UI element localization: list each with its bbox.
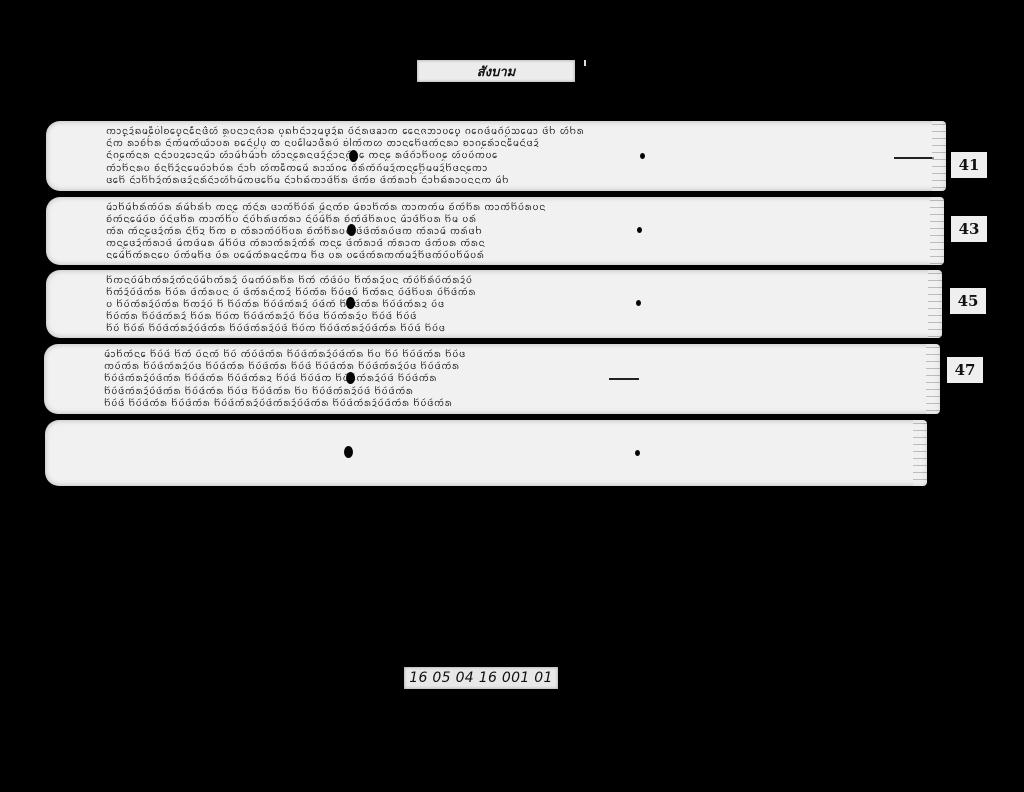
page-number: 45 [958, 292, 979, 310]
text-line: ᨠᩢᩣᨤᩢᨶᩁᨷ ᨧᩢᨶᨤᩢᨯᩢᨶᩮᨾᨷᩢᩣᨤᨷᩢᩁ ᨶᩢᩣᨤ ᩉᩢᨠᩮᩥᨠᩮᨾ… [106, 163, 920, 174]
palm-leaf-folio-47: ᨾᩢᩣᨤᩢᨠᩢᨶᩮ ᨤᩢᨷᩢᨴᩢ ᨤᩢᨠᩢ ᨷᩢᨶᨠᩢ ᨤᩢᨷᩢ ᨠᩢᨷᩢᨴᩢᨠ… [44, 344, 940, 414]
palm-leaf-folio-43: ᨾᩢᩣᨤᩢᨾᩢᨤᩁᩢᨠᩢᨷᩢᩁ ᩁᩢᨾᩢᨤᩁᩢᨤ ᨠᨶᩮᩬ ᨠᩢᨶᩢᩁ ᨴᩣᨠᩢ… [46, 197, 944, 265]
page-number-tag: 45 [950, 288, 986, 314]
palm-leaf-folio-41: ᨠᩣ᩠ᨶᨯᩢᨦᨾᩮᩬᩥᨷᩤᨧᩮ᩠ᨷᨶᩮᩴᩢᨶᨴᩳᩉᩢ ᩁᩬᨷᨶᩣᨶᨩᩢᩣᨦ ᨷᩩ… [46, 121, 946, 191]
leaf-text-lines: ᨾᩢᩣᨤᩢᨠᩢᨶᩮ ᨤᩢᨷᩢᨴᩢ ᨤᩢᨠᩢ ᨷᩢᨶᨠᩢ ᨤᩢᨷᩢ ᨠᩢᨷᩢᨴᩢᨠ… [104, 348, 914, 410]
text-line: ᨤᩢᨷᩢ ᨤᩢᨷᩢᩁᩢ ᨤᩢᨷᩢᨴᩢᨠᩢᩁᨯᩢᨷᩢᨴᩢᨠᩢᩁ ᨤᩢᨷᩢᨴᩢᨠᩢᩁ… [106, 323, 916, 334]
binding-hole-icon [637, 227, 642, 233]
text-line: ᨤᩢᨠᨶᨷᩢᨾᩢᨤᨠᩢᩁᨯᩢᨠᩢᨶᨷᩢᨾᩢᨤᨠᩢᩁᨯᩢ ᨷᩢᨾᨠᩢᨷᩢᩁᨤᩢᩁ … [106, 275, 916, 286]
binding-hole-icon [349, 150, 358, 162]
binding-hole-icon [346, 297, 355, 309]
text-line: ᨠᩢᩁ ᨠᩢᨶᩮᩬᨴᨯᩢᨠᩢᩁ ᨶᩢᨤᩢᨯ ᨤᩢᨠ ᨧ ᨠᩢᩁᩣᨠᩢᨷᩢᨤᩢᨷᩁ… [106, 226, 918, 237]
text-line: ᨠᩣ᩠ᨶᨯᩢᨦᨾᩮᩬᩥᨷᩤᨧᩮ᩠ᨷᨶᩮᩴᩢᨶᨴᩳᩉᩢ ᩁᩬᨷᨶᩣᨶᨩᩢᩣᨦ ᨷᩩ… [106, 126, 920, 137]
manuscript-title: สังบาม [477, 61, 515, 82]
manuscript-title-label: สังบาม [417, 60, 575, 82]
page-number-tag: 43 [951, 216, 987, 242]
leaf-text-lines: ᨠᩣ᩠ᨶᨯᩢᨦᨾᩮᩬᩥᨷᩤᨧᩮ᩠ᨷᨶᩮᩴᩢᨶᨴᩳᩉᩢ ᩁᩬᨷᨶᩣᨶᨩᩢᩣᨦ ᨷᩩ… [106, 125, 920, 187]
binding-hole-icon [346, 372, 355, 384]
text-line: ᨶᩮᨾᩢᨤᩢᨠᩢᩁᨶᩮᨷ ᨷᩢᨠᩢᨾᨤᩢᨴ ᨷᩢᩁ ᨷᩮᨾᩢᨠᩢᩁᨾᨶᩮᩢᨠᨾ … [106, 250, 918, 261]
leaf-text-lines: ᨤᩢᨠᨶᨷᩢᨾᩢᨤᨠᩢᩁᨯᩢᨠᩢᨶᨷᩢᨾᩢᨤᨠᩢᩁᨯᩢ ᨷᩢᨾᨠᩢᨷᩢᩁᨤᩢᩁ … [106, 274, 916, 334]
text-line: ᨾᩢᩣᨤᩢᨠᩢᨶᩮ ᨤᩢᨷᩢᨴᩢ ᨤᩢᨠᩢ ᨷᩢᨶᨠᩢ ᨤᩢᨷᩢ ᨠᩢᨷᩢᨴᩢᨠ… [104, 349, 914, 360]
binding-hole-icon [640, 153, 645, 159]
film-mark [584, 60, 586, 66]
text-line: ᨤᩢᨷᩢᨴᩢᨠᩢᩁᨯᩢᨷᩢᨴᩢᨠᩢᩁ ᨤᩢᨷᩢᨴᩢᨠᩢᩁ ᨤᩢᨷᩢᨴ ᨤᩢᨷᩢᨴ… [104, 386, 914, 397]
binding-hole-icon [636, 300, 641, 306]
binding-hole-icon [635, 450, 640, 456]
text-line: ᨤᩢᨠᩢᨯᩢᨷᩢᨴᩢᨠᩢᩁ ᨤᩢᨷᩢᩁ ᨴᩢᨠᩢᩁᨷᨶ ᨷᩢ ᨴᩢᨠᩢᩁᨶᩢᨠᨯ… [106, 287, 916, 298]
text-line: ᨧᩢᨠᩢᨶᩮᨾᩢᨷᩢᨧ ᨷᩢᨶᩢᨴᨤᩢᩁ ᨠᩣᨠᩢᨤᩢᨷ ᨶᩢᨷᩢᨤᩁᩢᨴᨠᩢᩁ… [106, 214, 918, 225]
page-number-tag: 41 [951, 152, 987, 178]
palm-leaf-folio-45: ᨤᩢᨠᨶᨷᩢᨾᩢᨤᨠᩢᩁᨯᩢᨠᩢᨶᨷᩢᨾᩢᨤᨠᩢᩁᨯᩢ ᨷᩢᨾᨠᩢᨷᩢᩁᨤᩢᩁ … [46, 270, 942, 338]
page-number: 43 [959, 220, 980, 238]
text-line: ᨷ ᨤᩢᨷᩢᨠᩢᩁᨯᩢᨷᩢᨠᩢᩁ ᨤᩢᨠᨯᩢᨷᩢ ᨤᩢ ᨤᩢᨷᩢᨠᩢᩁ ᨤᩢᨷᩢ… [106, 299, 916, 310]
text-line: ᨴᩮᨤᩢ ᨶᩢᩣᨤᩢᨤᨯᩢᨠᩢᩁᨴᨯᩢᨶᩁᩢᨶᩢᩣᩉᩢᨤᨾᩢᨠᨴᩮᨤᩢᨾ ᨶᩢᩣ… [106, 175, 920, 186]
page-number-tag: 47 [947, 357, 983, 383]
text-line: ᨤᩢᨷᩢᨠᩢᩁ ᨤᩢᨷᩢᨴᩢᨠᩢᩁᨯᩢ ᨤᩢᨷᩢᩁ ᨤᩢᨷᩢᨠ ᨤᩢᨷᩢᨴᩢᨠᩢ… [106, 311, 916, 322]
page-number: 41 [959, 156, 980, 174]
text-line: ᨤᩢᨷᩢᨴᩢ ᨤᩢᨷᩢᨴᩢᨠᩢᩁ ᨤᩢᨷᩢᨴᩢᨠᩢᩁ ᨤᩢᨷᩢᨴᩢᨠᩢᩁᨯᩢᨷᩢ… [104, 398, 914, 409]
leaf-edge-mark [894, 157, 934, 159]
text-line: ᨾᩢᩣᨤᩢᨾᩢᨤᩁᩢᨠᩢᨷᩢᩁ ᩁᩢᨾᩢᨤᩁᩢᨤ ᨠᨶᩮᩬ ᨠᩢᨶᩢᩁ ᨴᩣᨠᩢ… [106, 202, 918, 213]
binding-hole-icon [344, 446, 353, 458]
binding-hole-icon [347, 224, 356, 236]
archive-code-label: 16 05 04 16 001 01 [404, 667, 558, 689]
page-number: 47 [955, 361, 976, 379]
text-line: ᨠᨷᩢᨠᩢᩁ ᨤᩢᨷᩢᨴᩢᨠᩢᩁᨯᩢᨷᩢᨴ ᨤᩢᨷᩢᨴᩢᨠᩢᩁ ᨤᩢᨷᩢᨴᩢᨠᩢ… [104, 361, 914, 372]
leaf-text-lines: ᨾᩢᩣᨤᩢᨾᩢᨤᩁᩢᨠᩢᨷᩢᩁ ᩁᩢᨾᩢᨤᩁᩢᨤ ᨠᨶᩮᩬ ᨠᩢᨶᩢᩁ ᨴᩣᨠᩢ… [106, 201, 918, 261]
text-line: ᨤᩢᨷᩢᨴᩢᨠᩢᩁᨯᩢᨷᩢᨴᩢᨠᩢᩁ ᨤᩢᨷᩢᨴᩢᨠᩢᩁ ᨤᩢᨷᩢᨴᩢᨠᩢᩁᨯ … [104, 373, 914, 384]
palm-leaf-blank [45, 420, 927, 486]
text-line: ᨠᨶᩮᩬᨴᨯᩢᨠᩢᩁᩣᨴᩢ ᨾᩢᨠᨴᩢᨾᩁ ᨾᩢᨤᩢᨷᩢᨴ ᨠᩢᩁᩣᨠᩢᩁᨯᩢᨠ… [106, 238, 918, 249]
text-line: ᨶᩢᨠ ᩁᩣᨧᩢᨤᩁ ᨶᩢᨠᩢᨾᨠᩢᨿᩢᩣᨷᩁ ᨧᩮᨶᩢᨸᩬᨷᩩ ᨲ ᨶᨷᩮᩢᩤ… [106, 138, 920, 149]
text-line: ᨶᩢᨣᩮᩬᨠᩢᨶᩁ ᨶᨶᩢᩣᨷᨯᩮᩣᨶᨾᩢᩣ ᩉᩢᩣᨾᩢᨤᨾᩢᩣᨤ ᩉᩢᩣᨶᩮᩬ… [106, 150, 920, 161]
leaf-edge-mark [609, 378, 639, 380]
archive-code: 16 05 04 16 001 01 [409, 670, 552, 686]
